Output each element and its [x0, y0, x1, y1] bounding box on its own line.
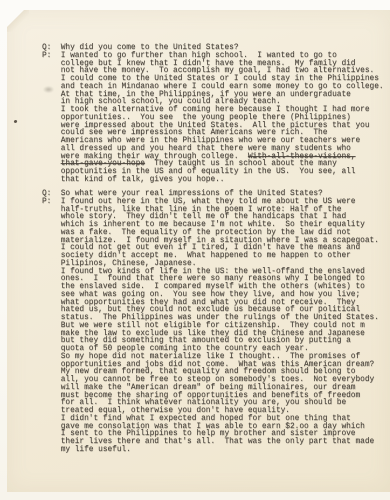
qa-block: Q: Why did you come to the United States…: [42, 45, 384, 185]
paper-corner-fold: [7, 10, 29, 32]
typewritten-text: Q: Why did you come to the United States…: [42, 45, 384, 461]
typewritten-line: that kind of talk, gives you hope..: [42, 177, 384, 185]
typewritten-line: my life useful.: [42, 447, 384, 455]
scanned-page-background: Q: Why did you come to the United States…: [0, 0, 390, 500]
qa-block: Q: So what were your real impressions of…: [42, 191, 384, 455]
